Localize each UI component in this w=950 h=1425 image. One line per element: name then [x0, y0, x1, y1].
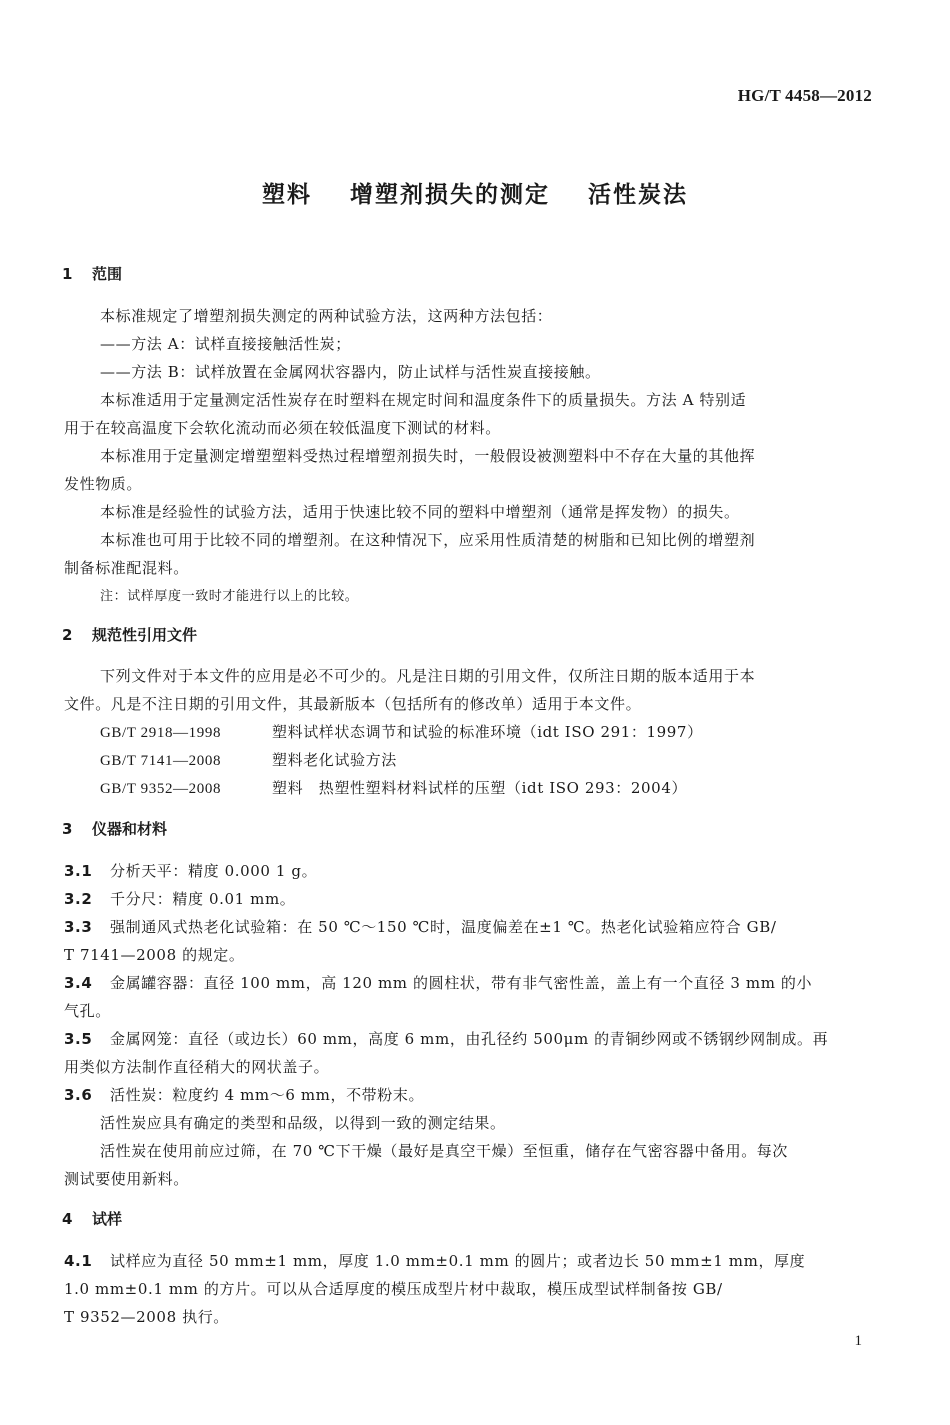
- clause-3-3: 3.3强制通风式热老化试验箱：在 50 ℃～150 ℃时，温度偏差在±1 ℃。热…: [64, 916, 776, 937]
- paragraph-line: 文件。凡是不注日期的引用文件，其最新版本（包括所有的修改单）适用于本文件。: [64, 693, 641, 714]
- clause-3-4: 3.4金属罐容器：直径 100 mm，高 120 mm 的圆柱状，带有非气密性盖…: [64, 972, 812, 993]
- paragraph-line: 本标准适用于定量测定活性炭存在时塑料在规定时间和温度条件下的质量损失。方法 A …: [100, 389, 746, 410]
- document-title: 塑料 增塑剂损失的测定 活性炭法: [0, 176, 950, 209]
- reference-code: GB/T 9352—2008: [100, 781, 272, 798]
- paragraph-line: 1.0 mm±0.1 mm 的方片。可以从合适厚度的模压成型片材中裁取，模压成型…: [64, 1278, 723, 1299]
- reference-item: GB/T 2918—1998塑料试样状态调节和试验的标准环境（idt ISO 2…: [100, 721, 703, 742]
- clause-3-2: 3.2千分尺：精度 0.01 mm。: [64, 888, 295, 909]
- reference-code: GB/T 2918—1998: [100, 725, 272, 742]
- note: 注：试样厚度一致时才能进行以上的比较。: [100, 585, 358, 604]
- section-4-heading: 4试样: [62, 1208, 122, 1229]
- clause-3-5: 3.5金属网笼：直径（或边长）60 mm，高度 6 mm，由孔径约 500μm …: [64, 1028, 828, 1049]
- title-part-2: 增塑剂损失的测定: [350, 182, 550, 208]
- document-page: HG/T 4458—2012 塑料 增塑剂损失的测定 活性炭法 1范围 本标准规…: [0, 0, 950, 1425]
- reference-code: GB/T 7141—2008: [100, 753, 272, 770]
- paragraph-line: T 9352—2008 执行。: [64, 1306, 229, 1327]
- paragraph-line: T 7141—2008 的规定。: [64, 944, 245, 965]
- paragraph-line: 用于在较高温度下会软化流动而必须在较低温度下测试的材料。: [64, 417, 501, 438]
- paragraph-line: ——方法 B：试样放置在金属网状容器内，防止试样与活性炭直接接触。: [100, 361, 601, 382]
- reference-title: 塑料 热塑性塑料材料试样的压塑（idt ISO 293：2004）: [272, 779, 687, 797]
- paragraph-line: 测试要使用新料。: [64, 1168, 189, 1189]
- clause-4-1: 4.1试样应为直径 50 mm±1 mm，厚度 1.0 mm±0.1 mm 的圆…: [64, 1250, 805, 1271]
- paragraph-line: 下列文件对于本文件的应用是必不可少的。凡是注日期的引用文件，仅所注日期的版本适用…: [100, 665, 755, 686]
- paragraph-line: 制备标准配混料。: [64, 557, 189, 578]
- title-part-3: 活性炭法: [588, 182, 688, 208]
- reference-item: GB/T 7141—2008塑料老化试验方法: [100, 749, 397, 770]
- paragraph-line: 用类似方法制作直径稍大的网状盖子。: [64, 1056, 329, 1077]
- paragraph-line: 活性炭在使用前应过筛，在 70 ℃下干燥（最好是真空干燥）至恒重，储存在气密容器…: [100, 1140, 788, 1161]
- paragraph-line: 发性物质。: [64, 473, 142, 494]
- page-number: 1: [855, 1333, 863, 1350]
- title-part-1: 塑料: [262, 182, 312, 208]
- section-3-heading: 3仪器和材料: [62, 818, 167, 839]
- paragraph-line: 本标准是经验性的试验方法，适用于快速比较不同的塑料中增塑剂（通常是挥发物）的损失…: [100, 501, 740, 522]
- section-1-heading: 1范围: [62, 263, 122, 284]
- reference-title: 塑料老化试验方法: [272, 751, 397, 769]
- paragraph-line: 本标准用于定量测定增塑塑料受热过程增塑剂损失时，一般假设被测塑料中不存在大量的其…: [100, 445, 755, 466]
- paragraph-line: 本标准也可用于比较不同的增塑剂。在这种情况下，应采用性质清楚的树脂和已知比例的增…: [100, 529, 755, 550]
- paragraph-line: 本标准规定了增塑剂损失测定的两种试验方法，这两种方法包括：: [100, 305, 552, 326]
- standard-code: HG/T 4458—2012: [738, 86, 872, 106]
- section-2-heading: 2规范性引用文件: [62, 624, 197, 645]
- reference-title: 塑料试样状态调节和试验的标准环境（idt ISO 291：1997）: [272, 723, 703, 741]
- paragraph-line: ——方法 A：试样直接接触活性炭；: [100, 333, 351, 354]
- reference-item: GB/T 9352—2008塑料 热塑性塑料材料试样的压塑（idt ISO 29…: [100, 777, 687, 798]
- paragraph-line: 活性炭应具有确定的类型和品级，以得到一致的测定结果。: [100, 1112, 506, 1133]
- paragraph-line: 气孔。: [64, 1000, 111, 1021]
- clause-3-6: 3.6活性炭：粒度约 4 mm～6 mm，不带粉末。: [64, 1084, 424, 1105]
- clause-3-1: 3.1分析天平：精度 0.000 1 g。: [64, 860, 317, 881]
